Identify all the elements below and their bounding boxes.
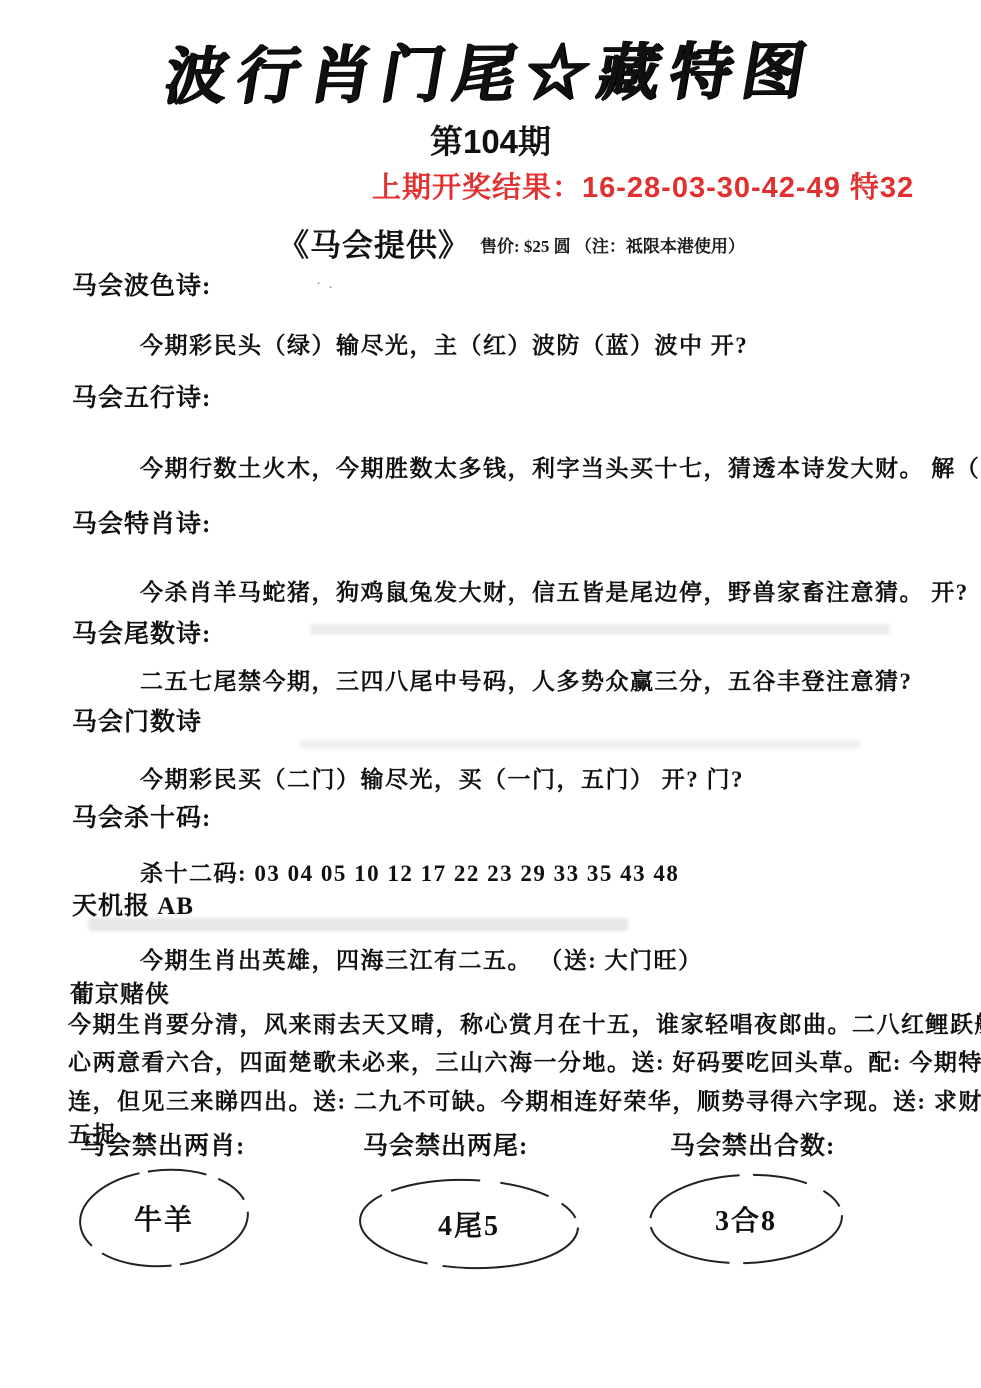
provider-price-note: 售价: $25 圆 （注：祗限本港使用）: [480, 237, 745, 256]
section-poem-tianji-report: 今期生肖出英雄，四海三江有二五。 （送: 大门旺）: [140, 942, 703, 975]
forbidden-zodiac-label: 马会禁出两肖:: [80, 1126, 245, 1162]
scan-noise: [88, 918, 628, 931]
section-label-tianji-report: 天机报 AB: [72, 886, 194, 922]
sheet-title: 波行肖门尾☆藏特图: [0, 20, 981, 118]
scan-noise: [310, 624, 890, 635]
forbidden-sum-value: 3合8: [715, 1199, 777, 1239]
section-label-door-number: 马会门数诗: [72, 702, 202, 738]
section-poem-five-elements: 今期行数土火木，今期胜数太多钱，利字当头买十七，猜透本诗发大财。 解（?）: [140, 450, 981, 483]
section-poem-special-zodiac: 今杀肖羊马蛇猪，狗鸡鼠兔发大财，信五皆是尾边停，野兽家畜注意猜。 开?: [140, 574, 969, 607]
forbidden-zodiac-value: 牛羊: [134, 1198, 194, 1238]
scan-noise: [300, 740, 860, 749]
section-poem-tail-number: 二五七尾禁今期，三四八尾中号码，人多势众赢三分，五谷丰登注意猜?: [140, 663, 913, 696]
forbidden-tail-value: 4尾5: [438, 1204, 500, 1244]
section-label-five-elements: 马会五行诗:: [72, 378, 211, 414]
forbidden-sum-oval: 3合8: [646, 1172, 846, 1266]
section-label-special-zodiac: 马会特肖诗:: [72, 504, 211, 540]
section-poem-wave-color: 今期彩民头（绿）输尽光，主（红）波防（蓝）波中 开?: [140, 327, 748, 360]
forbidden-sum-label: 马会禁出合数:: [670, 1126, 835, 1162]
forbidden-tail-label: 马会禁出两尾:: [363, 1126, 528, 1162]
forbidden-zodiac-oval: 牛羊: [76, 1166, 252, 1270]
section-label-tail-number: 马会尾数诗:: [72, 614, 211, 650]
last-draw-result: 上期开奖结果：16-28-03-30-42-49 特32: [372, 165, 914, 206]
provider-title: 《马会提供》: [278, 228, 470, 263]
section-label-wave-color: 马会波色诗:: [72, 266, 211, 302]
pujing-line: 今期生肖要分清，风来雨去天又晴，称心赏月在十五，谁家轻唱夜郎曲。二八红鲤跃船来，…: [68, 1006, 981, 1039]
section-poem-door-number: 今期彩民买（二门）输尽光，买（一门，五门） 开? 门?: [140, 761, 744, 794]
forbidden-tail-oval: 4尾5: [356, 1176, 582, 1272]
lottery-tip-sheet: 波行肖门尾☆藏特图 第104期 上期开奖结果：16-28-03-30-42-49…: [0, 0, 981, 1388]
section-killed-codes-list: 杀十二码: 03 04 05 10 12 17 22 23 29 33 35 4…: [140, 855, 679, 888]
provider-line: 《马会提供》售价: $25 圆 （注：祗限本港使用）: [278, 220, 745, 265]
pujing-line: 连，但见三来睇四出。送: 二九不可缺。今期相连好荣华，顺势寻得六字现。送: 求财…: [68, 1083, 981, 1116]
scan-speckle: · .: [316, 276, 335, 293]
issue-number: 第104期: [0, 116, 981, 163]
pujing-line: 心两意看六合，四面楚歌未必来，三山六海一分地。送: 好码要吃回头草。配: 今期特…: [68, 1044, 981, 1077]
section-label-killed-codes: 马会杀十码:: [72, 798, 211, 834]
pujing-label: 葡京赌侠: [70, 974, 170, 1009]
